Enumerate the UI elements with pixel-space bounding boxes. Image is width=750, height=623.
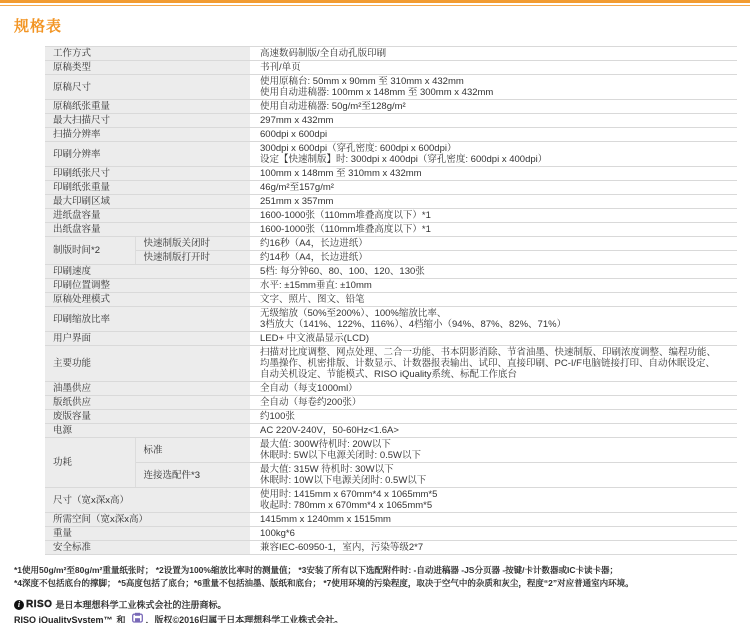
spec-value-line: 约16秒（A4，长边进纸）	[260, 238, 731, 249]
spec-value-line: 休眠时: 10W以下电源关闭时: 0.5W以下	[260, 475, 731, 486]
spec-value: AC 220V-240V，50-60Hz<1.6A>	[250, 424, 737, 438]
spec-row: 印刷位置调整水平: ±15mm垂直: ±10mm	[45, 279, 737, 293]
spec-row: 扫描分辨率600dpi x 600dpi	[45, 128, 737, 142]
spec-row: 原稿纸张重量使用自动进稿器: 50g/m²至128g/m²	[45, 100, 737, 114]
spec-value-line: 水平: ±15mm垂直: ±10mm	[260, 280, 731, 291]
spec-value-line: 297mm x 432mm	[260, 115, 731, 126]
spec-value: 全自动（每卷约200张）	[250, 396, 737, 410]
spec-value-line: 使用时: 1415mm x 670mm*4 x 1065mm*5	[260, 489, 731, 500]
spec-row: 最大扫描尺寸297mm x 432mm	[45, 114, 737, 128]
spec-value: 297mm x 432mm	[250, 114, 737, 128]
spec-value: 扫描对比度调整、网点处理、二合一功能、书本阴影消除、节省油墨、快速制版、印刷浓度…	[250, 346, 737, 382]
spec-row: 进纸盘容量1600-1000张（110mm堆叠高度以下）*1	[45, 209, 737, 223]
spec-value: 5档: 每分钟60、80、100、120、130张	[250, 265, 737, 279]
spec-label: 用户界面	[45, 332, 250, 346]
spec-value-line: 兼容IEC-60950-1，室内，污染等级2*7	[260, 542, 731, 553]
footnotes: *1使用50g/m²至80g/m²重量纸张时； *2设置为100%缩放比率时的测…	[14, 564, 750, 589]
spec-label: 废版容量	[45, 410, 250, 424]
spec-label: 印刷速度	[45, 265, 250, 279]
spec-sublabel: 快速制版打开时	[135, 251, 250, 265]
spec-value: 46g/m²至157g/m²	[250, 181, 737, 195]
spec-value-line: 3档放大（141%、122%、116%）、4档缩小（94%、87%、82%、71…	[260, 319, 731, 330]
spec-row: 原稿处理模式文字、照片、图文、铅笔	[45, 293, 737, 307]
spec-label: 重量	[45, 527, 250, 541]
spec-value: 最大值: 315W 待机时: 30W以下休眠时: 10W以下电源关闭时: 0.5…	[250, 463, 737, 488]
spec-value: 高速数码制版/全自动孔版印刷	[250, 47, 737, 61]
spec-label: 油墨供应	[45, 382, 250, 396]
spec-row: 原稿尺寸使用原稿台: 50mm x 90mm 至 310mm x 432mm使用…	[45, 75, 737, 100]
spec-value: 约100张	[250, 410, 737, 424]
spec-row: 所需空间（宽x深x高）1415mm x 1240mm x 1515mm	[45, 513, 737, 527]
spec-label: 原稿尺寸	[45, 75, 250, 100]
spec-value: 兼容IEC-60950-1，室内，污染等级2*7	[250, 541, 737, 555]
spec-label: 工作方式	[45, 47, 250, 61]
spec-label: 印刷分辨率	[45, 142, 250, 167]
spec-label: 印刷纸张重量	[45, 181, 250, 195]
spec-value-line: 100kg*6	[260, 528, 731, 539]
spec-value: 水平: ±15mm垂直: ±10mm	[250, 279, 737, 293]
footnote-line-2: *4深度不包括底台的撑脚； *5高度包括了底台；*6重量不包括油墨、版纸和底台；…	[14, 577, 750, 590]
spec-row: 最大印刷区域251mm x 357mm	[45, 195, 737, 209]
spec-value: 使用原稿台: 50mm x 90mm 至 310mm x 432mm使用自动进稿…	[250, 75, 737, 100]
spec-label: 功耗	[45, 438, 135, 488]
spec-value-line: 使用原稿台: 50mm x 90mm 至 310mm x 432mm	[260, 76, 731, 87]
spec-value-line: 高速数码制版/全自动孔版印刷	[260, 48, 731, 59]
spec-value-line: LED+ 中文液晶显示(LCD)	[260, 333, 731, 344]
spec-label: 尺寸（宽x深x高）	[45, 488, 250, 513]
spec-value-line: 100mm x 148mm 至 310mm x 432mm	[260, 168, 731, 179]
footnote-line-1: *1使用50g/m²至80g/m²重量纸张时； *2设置为100%缩放比率时的测…	[14, 564, 750, 577]
spec-label: 印刷纸张尺寸	[45, 167, 250, 181]
copyright-text: ，版权©2016归属于日本理想科学工业株式会社。	[146, 613, 344, 623]
spec-value: 最大值: 300W待机时: 20W以下休眠时: 5W以下电源关闭时: 0.5W以…	[250, 438, 737, 463]
spec-row: 印刷速度5档: 每分钟60、80、100、120、130张	[45, 265, 737, 279]
spec-value-line: 均墨操作、机密排版、计数显示、计数器报表输出、试印、直接印刷、PC-I/F电脑链…	[260, 358, 731, 369]
spec-row: 快速制版打开时约14秒（A4，长边进纸）	[45, 251, 737, 265]
spec-value-line: 5档: 每分钟60、80、100、120、130张	[260, 266, 731, 277]
spec-row: 印刷分辨率300dpi x 600dpi（穿孔密度: 600dpi x 600d…	[45, 142, 737, 167]
spec-value: 全自动（每支1000ml）	[250, 382, 737, 396]
spec-sublabel: 标准	[135, 438, 250, 463]
spec-value-line: 收起时: 780mm x 670mm*4 x 1065mm*5	[260, 500, 731, 511]
spec-value-line: 600dpi x 600dpi	[260, 129, 731, 140]
spec-label: 出纸盘容量	[45, 223, 250, 237]
footer-trademark-line: i RISO 是日本理想科学工业株式会社的注册商标。	[14, 598, 750, 612]
spec-row: 用户界面LED+ 中文液晶显示(LCD)	[45, 332, 737, 346]
top-accent-band	[0, 0, 750, 3]
spec-value: 1600-1000张（110mm堆叠高度以下）*1	[250, 209, 737, 223]
spec-value: 使用时: 1415mm x 670mm*4 x 1065mm*5收起时: 780…	[250, 488, 737, 513]
spec-label: 印刷缩放比率	[45, 307, 250, 332]
spec-label: 安全标准	[45, 541, 250, 555]
spec-label: 制版时间*2	[45, 237, 135, 265]
spec-value: 600dpi x 600dpi	[250, 128, 737, 142]
spec-sublabel: 快速制版关闭时	[135, 237, 250, 251]
spec-row: 原稿类型书刊/单页	[45, 61, 737, 75]
top-accent-line	[0, 5, 750, 6]
spec-value: 251mm x 357mm	[250, 195, 737, 209]
spec-value: 1600-1000张（110mm堆叠高度以下）*1	[250, 223, 737, 237]
spec-row: 制版时间*2快速制版关闭时约16秒（A4，长边进纸）	[45, 237, 737, 251]
spec-label: 主要功能	[45, 346, 250, 382]
spec-value: 文字、照片、图文、铅笔	[250, 293, 737, 307]
spec-label: 原稿处理模式	[45, 293, 250, 307]
spec-value-line: 46g/m²至157g/m²	[260, 182, 731, 193]
spec-value-line: 设定【快速制版】时: 300dpi x 400dpi（穿孔密度: 600dpi …	[260, 154, 731, 165]
spec-value-line: 全自动（每支1000ml）	[260, 383, 731, 394]
spec-value-line: 300dpi x 600dpi（穿孔密度: 600dpi x 600dpi）	[260, 143, 731, 154]
spec-row: 版纸供应全自动（每卷约200张）	[45, 396, 737, 410]
spec-value-line: 251mm x 357mm	[260, 196, 731, 207]
spec-row: 安全标准兼容IEC-60950-1，室内，污染等级2*7	[45, 541, 737, 555]
spec-value: 1415mm x 1240mm x 1515mm	[250, 513, 737, 527]
and-text: 和	[117, 613, 126, 623]
spec-row: 油墨供应全自动（每支1000ml）	[45, 382, 737, 396]
spec-label: 扫描分辨率	[45, 128, 250, 142]
page-title: 规格表	[14, 15, 750, 36]
spec-value-line: AC 220V-240V，50-60Hz<1.6A>	[260, 425, 731, 436]
spec-value: 100mm x 148mm 至 310mm x 432mm	[250, 167, 737, 181]
spec-value: 300dpi x 600dpi（穿孔密度: 600dpi x 600dpi）设定…	[250, 142, 737, 167]
spec-label: 进纸盘容量	[45, 209, 250, 223]
spec-value-line: 使用自动进稿器: 50g/m²至128g/m²	[260, 101, 731, 112]
spec-value-line: 最大值: 300W待机时: 20W以下	[260, 439, 731, 450]
spec-value-line: 1415mm x 1240mm x 1515mm	[260, 514, 731, 525]
spec-value: 约16秒（A4，长边进纸）	[250, 237, 737, 251]
spec-label: 电源	[45, 424, 250, 438]
spec-value-line: 使用自动进稿器: 100mm x 148mm 至 300mm x 432mm	[260, 87, 731, 98]
riso-logo: RISO	[26, 598, 52, 612]
spec-label: 最大扫描尺寸	[45, 114, 250, 128]
spec-value-line: 全自动（每卷约200张）	[260, 397, 731, 408]
iquality-brand: RISO iQualitySystem™	[14, 613, 113, 623]
iquality-seal-icon	[132, 612, 143, 623]
spec-value-line: 无级缩放（50%至200%）、100%缩放比率、	[260, 308, 731, 319]
spec-label: 版纸供应	[45, 396, 250, 410]
spec-value-line: 扫描对比度调整、网点处理、二合一功能、书本阴影消除、节省油墨、快速制版、印刷浓度…	[260, 347, 731, 358]
spec-value-line: 自动关机设定、节能模式、RISO iQuality系统、标配工作底台	[260, 369, 731, 380]
spec-row: 功耗标准最大值: 300W待机时: 20W以下休眠时: 5W以下电源关闭时: 0…	[45, 438, 737, 463]
spec-sublabel: 连接选配件*3	[135, 463, 250, 488]
spec-label: 原稿类型	[45, 61, 250, 75]
spec-table: 工作方式高速数码制版/全自动孔版印刷原稿类型书刊/单页原稿尺寸使用原稿台: 50…	[45, 46, 737, 555]
spec-value-line: 约100张	[260, 411, 731, 422]
spec-label: 最大印刷区域	[45, 195, 250, 209]
riso-i-icon: i	[14, 600, 24, 610]
spec-row: 连接选配件*3最大值: 315W 待机时: 30W以下休眠时: 10W以下电源关…	[45, 463, 737, 488]
footer: i RISO 是日本理想科学工业株式会社的注册商标。 RISO iQuality…	[14, 598, 750, 623]
spec-label: 所需空间（宽x深x高）	[45, 513, 250, 527]
spec-row: 主要功能扫描对比度调整、网点处理、二合一功能、书本阴影消除、节省油墨、快速制版、…	[45, 346, 737, 382]
spec-row: 印刷纸张尺寸100mm x 148mm 至 310mm x 432mm	[45, 167, 737, 181]
spec-row: 印刷缩放比率无级缩放（50%至200%）、100%缩放比率、3档放大（141%、…	[45, 307, 737, 332]
spec-value-line: 书刊/单页	[260, 62, 731, 73]
spec-label: 原稿纸张重量	[45, 100, 250, 114]
spec-row: 印刷纸张重量46g/m²至157g/m²	[45, 181, 737, 195]
spec-value-line: 1600-1000张（110mm堆叠高度以下）*1	[260, 210, 731, 221]
spec-row: 工作方式高速数码制版/全自动孔版印刷	[45, 47, 737, 61]
spec-row: 电源AC 220V-240V，50-60Hz<1.6A>	[45, 424, 737, 438]
spec-value-line: 休眠时: 5W以下电源关闭时: 0.5W以下	[260, 450, 731, 461]
spec-row: 出纸盘容量1600-1000张（110mm堆叠高度以下）*1	[45, 223, 737, 237]
spec-value: 书刊/单页	[250, 61, 737, 75]
spec-value: 约14秒（A4，长边进纸）	[250, 251, 737, 265]
spec-row: 重量100kg*6	[45, 527, 737, 541]
spec-value-line: 约14秒（A4，长边进纸）	[260, 252, 731, 263]
spec-value: 无级缩放（50%至200%）、100%缩放比率、3档放大（141%、122%、1…	[250, 307, 737, 332]
spec-row: 废版容量约100张	[45, 410, 737, 424]
footer-copyright-line: RISO iQualitySystem™ 和 ，版权©2016归属于日本理想科学…	[14, 612, 750, 623]
spec-value-line: 文字、照片、图文、铅笔	[260, 294, 731, 305]
spec-row: 尺寸（宽x深x高）使用时: 1415mm x 670mm*4 x 1065mm*…	[45, 488, 737, 513]
spec-value: LED+ 中文液晶显示(LCD)	[250, 332, 737, 346]
spec-label: 印刷位置调整	[45, 279, 250, 293]
trademark-text: 是日本理想科学工业株式会社的注册商标。	[55, 598, 226, 612]
spec-value-line: 最大值: 315W 待机时: 30W以下	[260, 464, 731, 475]
spec-value-line: 1600-1000张（110mm堆叠高度以下）*1	[260, 224, 731, 235]
spec-value: 100kg*6	[250, 527, 737, 541]
spec-value: 使用自动进稿器: 50g/m²至128g/m²	[250, 100, 737, 114]
